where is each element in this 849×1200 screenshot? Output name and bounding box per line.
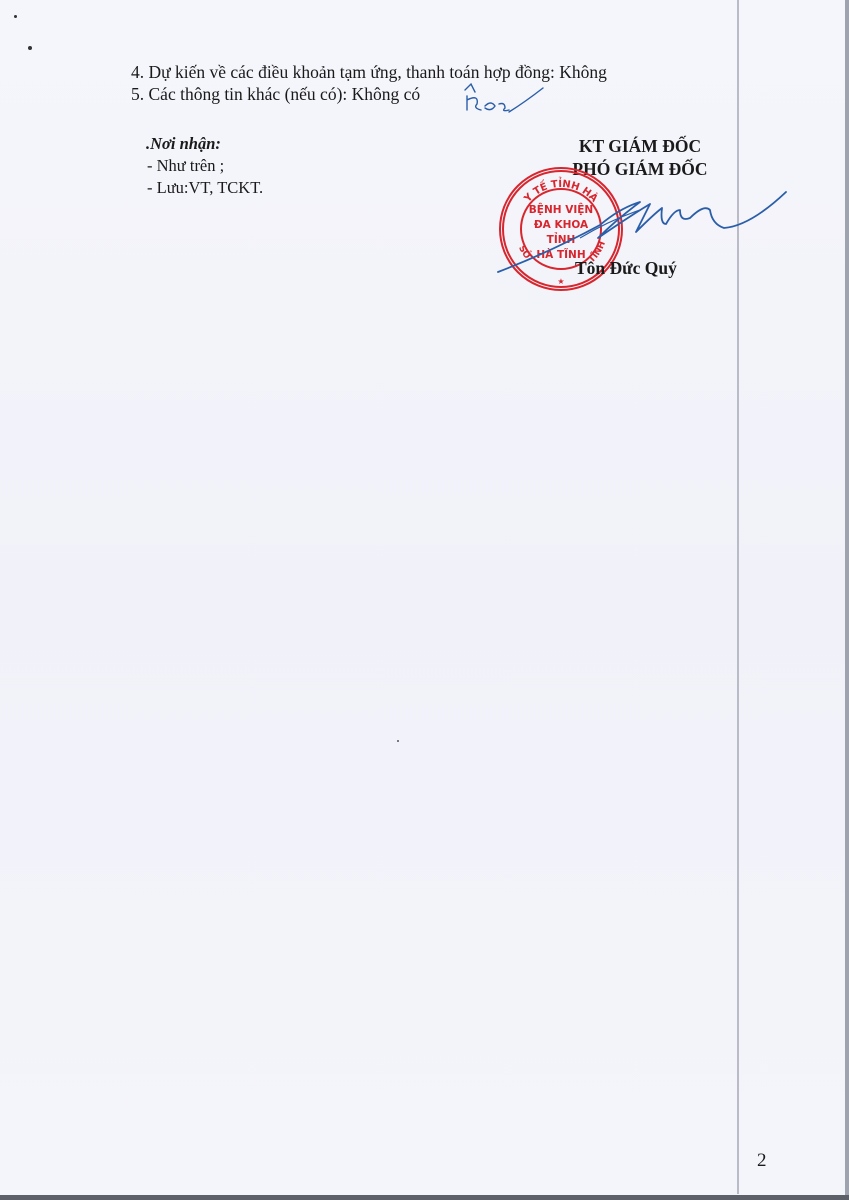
page-right-edge xyxy=(845,0,849,1200)
signature-title-line-1: KT GIÁM ĐỐC xyxy=(520,135,760,158)
scan-speck xyxy=(14,15,17,18)
recipients-title: .Nơi nhận: xyxy=(146,133,263,155)
clause-item-4: 4. Dự kiến về các điều khoản tạm ứng, th… xyxy=(131,64,607,82)
signer-name: Tôn Đức Quý xyxy=(575,258,677,279)
clause-item-5: 5. Các thông tin khác (nếu có): Không có xyxy=(131,86,420,104)
recipients-section: .Nơi nhận: - Như trên ; - Lưu:VT, TCKT. xyxy=(146,133,263,199)
page-bottom-edge xyxy=(0,1195,849,1200)
handwritten-initials-icon xyxy=(455,82,545,127)
document-page: 4. Dự kiến về các điều khoản tạm ứng, th… xyxy=(0,0,849,1200)
scan-speck xyxy=(28,46,32,50)
recipient-item: - Như trên ; xyxy=(146,155,263,177)
page-number: 2 xyxy=(757,1150,767,1172)
recipient-item: - Lưu:VT, TCKT. xyxy=(146,177,263,199)
scan-speck xyxy=(397,740,399,742)
